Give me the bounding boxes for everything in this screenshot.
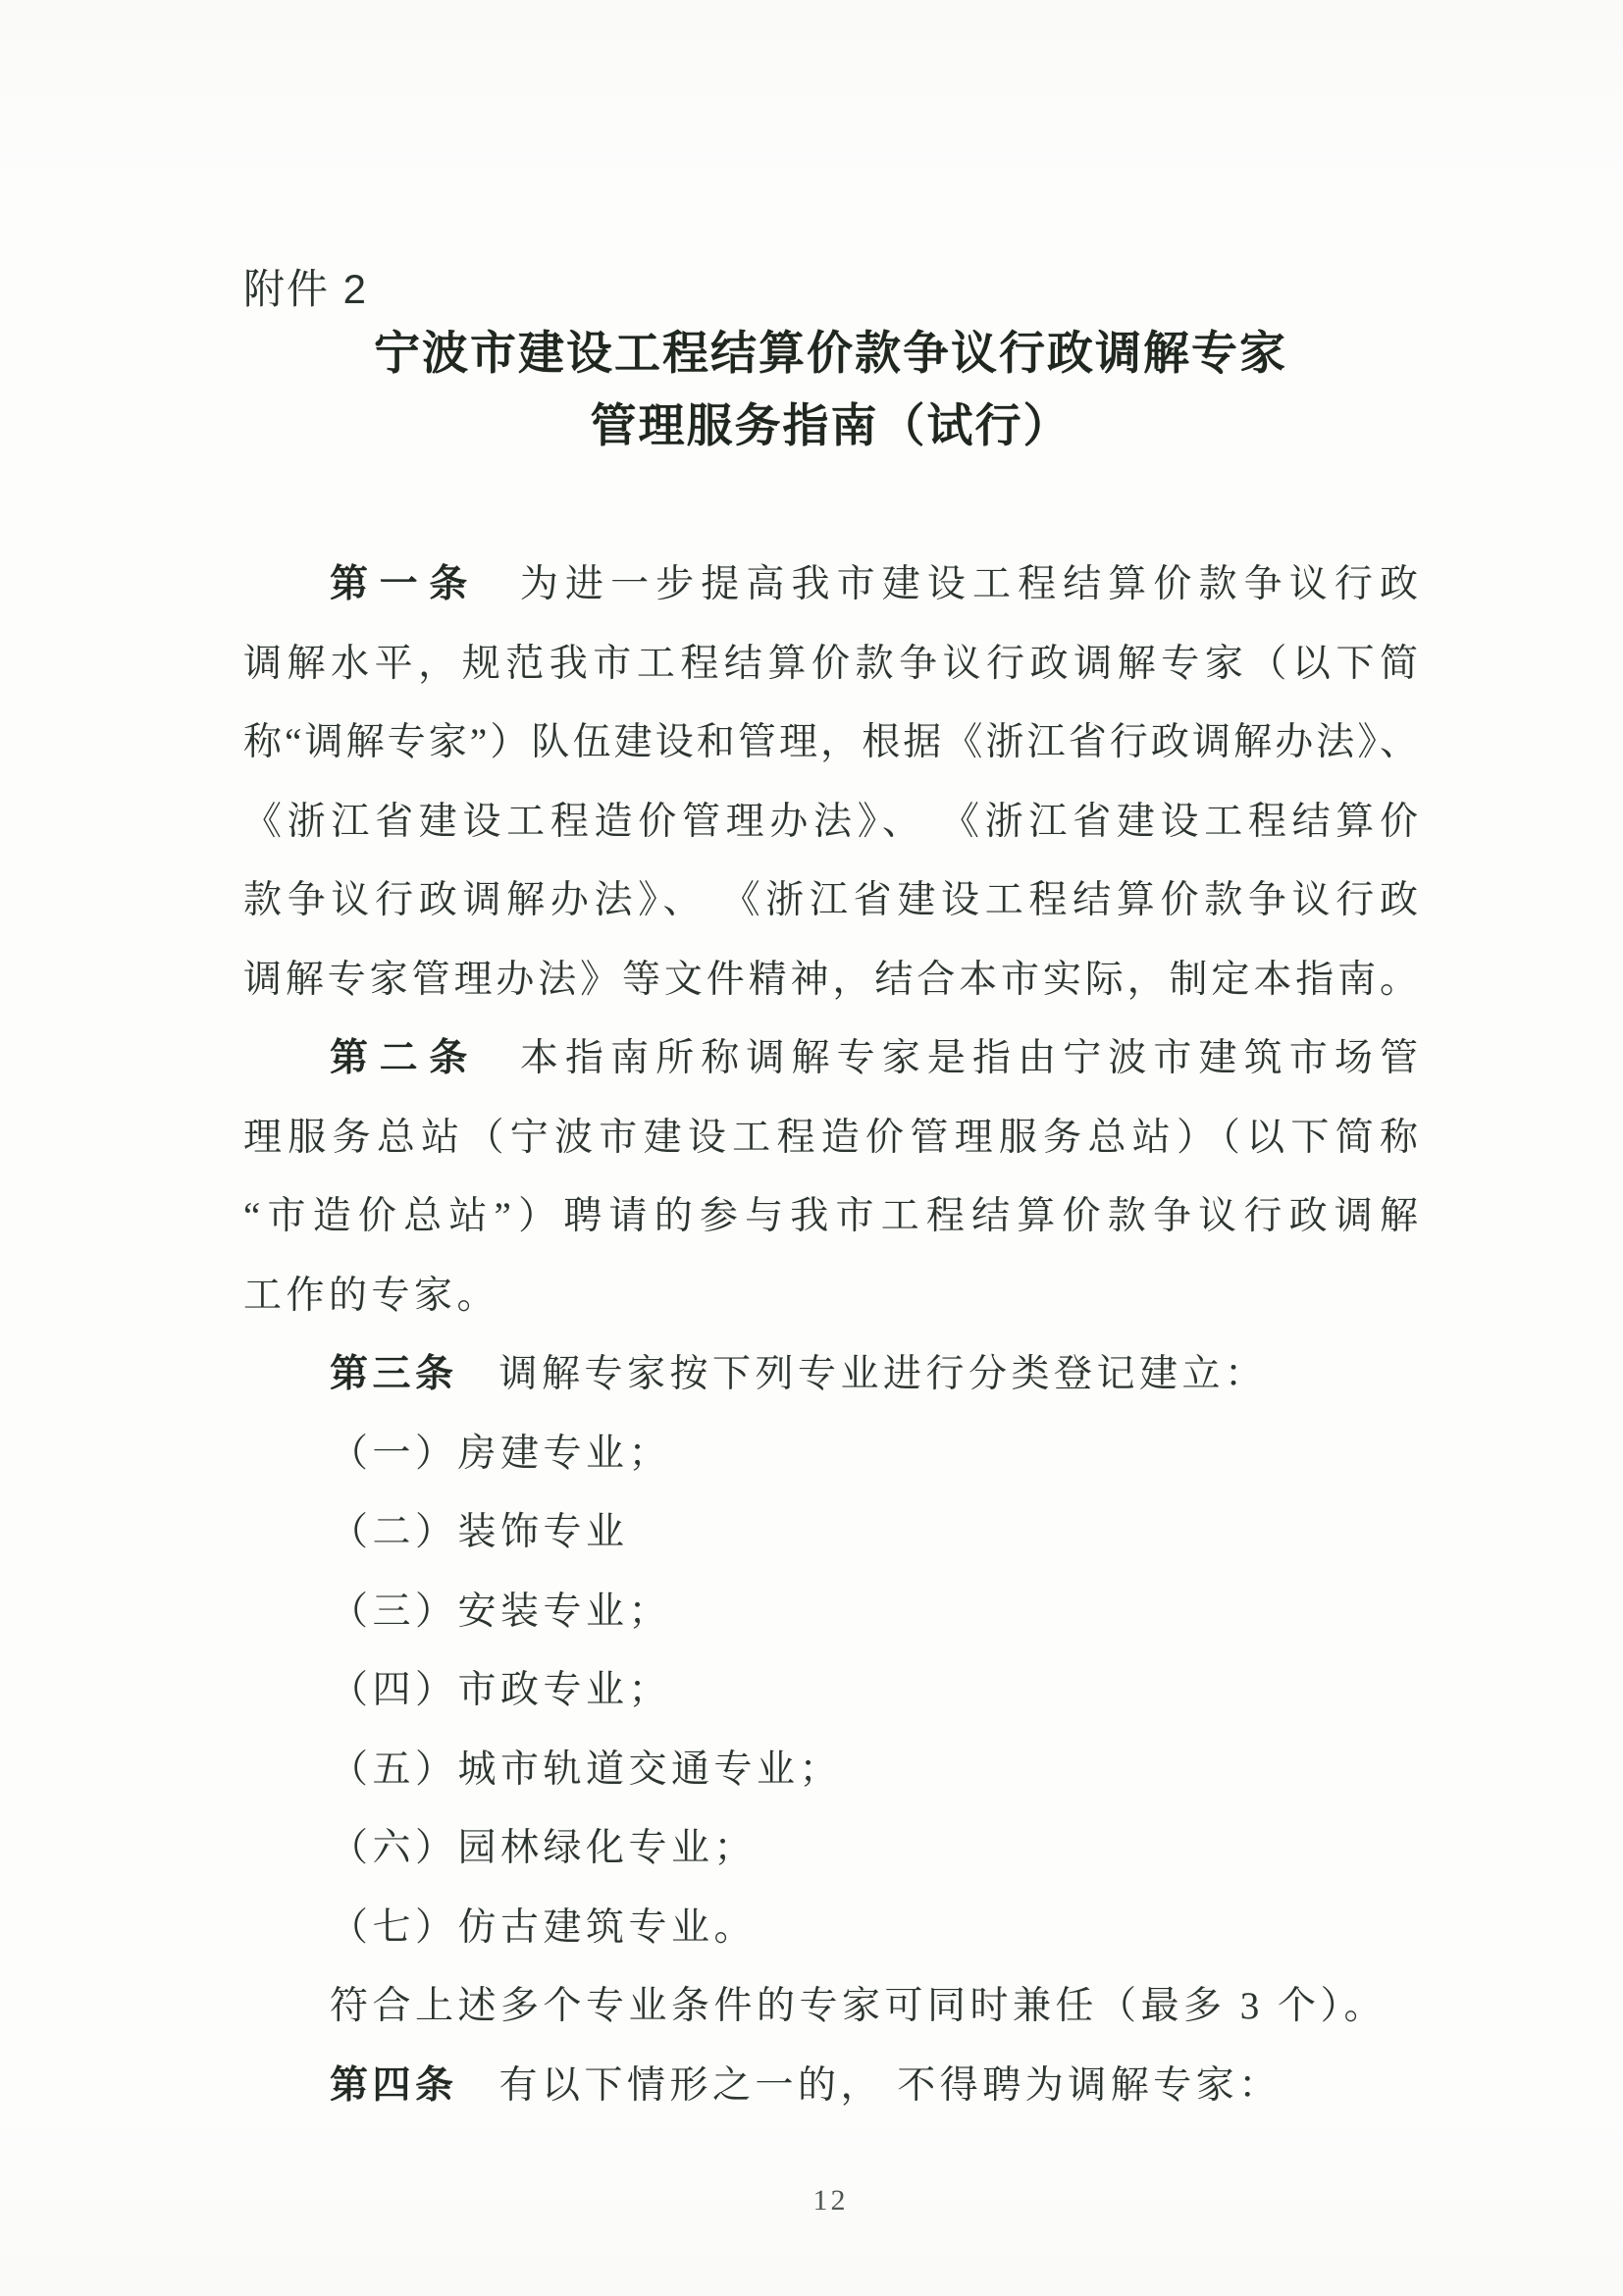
- list-item-2: （二）装饰专业: [243, 1493, 1418, 1573]
- page-number: 12: [243, 2184, 1418, 2218]
- body-text: 款争议行政调解办法》、 《浙江省建设工程结算价款争议行政: [243, 879, 1418, 921]
- body-text: （一）房建专业；: [330, 1433, 671, 1475]
- body-line: 款争议行政调解办法》、 《浙江省建设工程结算价款争议行政: [243, 861, 1418, 941]
- article-4-number: 第四条: [330, 2064, 458, 2107]
- body-text: 称“调解专家”）队伍建设和管理，根据《浙江省行政调解办法》、: [243, 721, 1418, 763]
- body-text: （二）装饰专业: [330, 1511, 629, 1553]
- body-text: 调解专家按下列专业进行分类登记建立：: [499, 1353, 1268, 1395]
- body-line: 调解专家管理办法》等文件精神，结合本市实际，制定本指南。: [243, 941, 1418, 1020]
- body-line: 理服务总站（宁波市建设工程造价管理服务总站）（以下简称: [243, 1099, 1418, 1178]
- body-text: “市造价总站”）聘请的参与我市工程结算价款争议行政调解: [243, 1195, 1418, 1237]
- body-text: （六）园林绿化专业；: [330, 1827, 757, 1869]
- body-text: （七）仿古建筑专业。: [330, 1906, 757, 1949]
- article-1-number: 第一条: [330, 563, 479, 605]
- list-item-4: （四）市政专业；: [243, 1651, 1418, 1731]
- document-title-line-2: 管理服务指南（试行）: [243, 391, 1418, 463]
- body-text: 符合上述多个专业条件的专家可同时兼任（最多 3 个）。: [330, 1985, 1387, 2027]
- body-line: “市造价总站”）聘请的参与我市工程结算价款争议行政调解: [243, 1177, 1418, 1257]
- article-3-line: 第三条调解专家按下列专业进行分类登记建立：: [243, 1335, 1418, 1415]
- article-2-line: 第二条本指南所称调解专家是指由宁波市建筑市场管: [243, 1019, 1418, 1099]
- body-text: （五）城市轨道交通专业；: [330, 1748, 842, 1791]
- article-2-number: 第二条: [330, 1037, 479, 1079]
- scanned-document-page: 附件 2 宁波市建设工程结算价款争议行政调解专家 管理服务指南（试行） 第一条为…: [0, 0, 1623, 2296]
- body-line: 符合上述多个专业条件的专家可同时兼任（最多 3 个）。: [243, 1967, 1418, 2047]
- body-text: （四）市政专业；: [330, 1669, 671, 1711]
- body-text: 调解专家管理办法》等文件精神，结合本市实际，制定本指南。: [243, 959, 1418, 1001]
- article-4-line: 第四条有以下情形之一的， 不得聘为调解专家：: [243, 2047, 1418, 2126]
- body-text: 《浙江省建设工程造价管理办法》、 《浙江省建设工程结算价: [243, 801, 1418, 843]
- list-item-5: （五）城市轨道交通专业；: [243, 1731, 1418, 1810]
- body-line: 工作的专家。: [243, 1257, 1418, 1336]
- body-text: 调解水平，规范我市工程结算价款争议行政调解专家（以下简: [243, 643, 1418, 685]
- attachment-label: 附件 2: [243, 266, 368, 313]
- body-text: （三）安装专业；: [330, 1591, 671, 1633]
- body-line: 《浙江省建设工程造价管理办法》、 《浙江省建设工程结算价: [243, 783, 1418, 862]
- document-title-line-1: 宁波市建设工程结算价款争议行政调解专家: [243, 318, 1418, 391]
- article-1-line: 第一条为进一步提高我市建设工程结算价款争议行政: [243, 546, 1418, 625]
- article-3-number: 第三条: [330, 1353, 458, 1395]
- list-item-1: （一）房建专业；: [243, 1415, 1418, 1494]
- document-title: 宁波市建设工程结算价款争议行政调解专家 管理服务指南（试行）: [243, 318, 1418, 463]
- list-item-7: （七）仿古建筑专业。: [243, 1889, 1418, 1968]
- list-item-3: （三）安装专业；: [243, 1573, 1418, 1652]
- body-line: 称“调解专家”）队伍建设和管理，根据《浙江省行政调解办法》、: [243, 704, 1418, 783]
- document-body: 第一条为进一步提高我市建设工程结算价款争议行政 调解水平，规范我市工程结算价款争…: [243, 546, 1418, 2125]
- list-item-6: （六）园林绿化专业；: [243, 1809, 1418, 1889]
- body-text: 理服务总站（宁波市建设工程造价管理服务总站）（以下简称: [243, 1117, 1418, 1159]
- body-text: 本指南所称调解专家是指由宁波市建筑市场管: [520, 1037, 1418, 1079]
- body-text: 为进一步提高我市建设工程结算价款争议行政: [520, 563, 1418, 605]
- body-text: 有以下情形之一的， 不得聘为调解专家：: [499, 2064, 1282, 2107]
- body-text: 工作的专家。: [243, 1275, 499, 1317]
- body-line: 调解水平，规范我市工程结算价款争议行政调解专家（以下简: [243, 625, 1418, 704]
